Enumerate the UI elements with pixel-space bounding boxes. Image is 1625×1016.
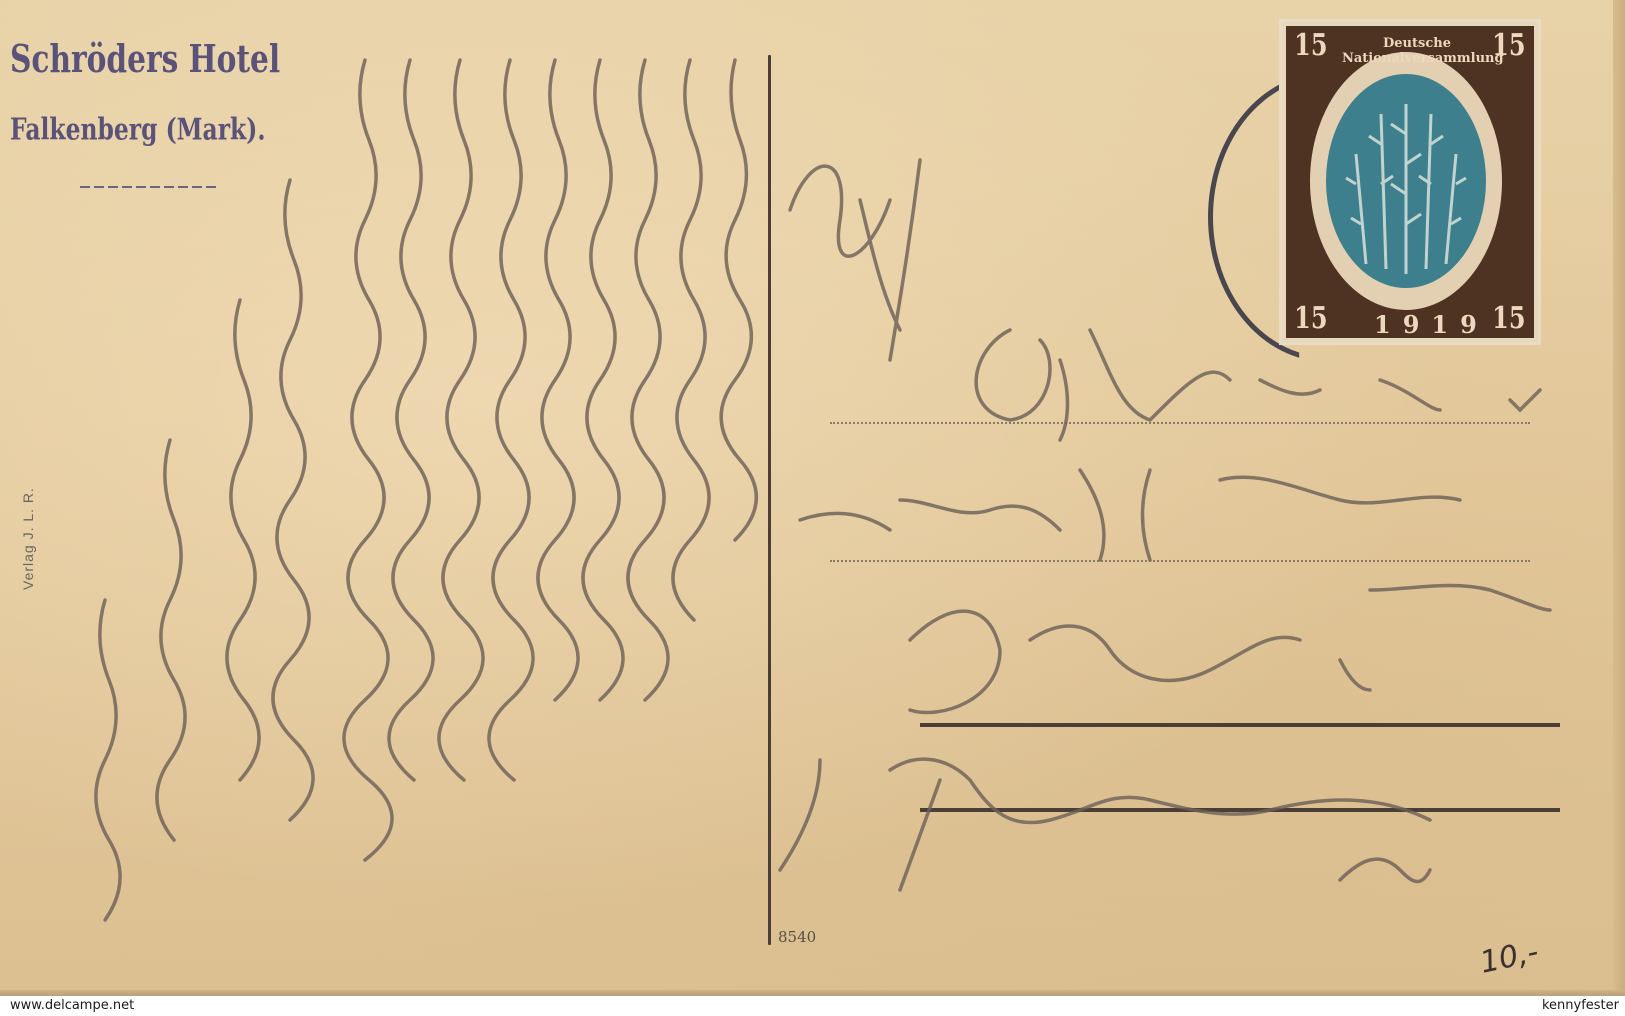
postcard-back: Schröders Hotel Falkenberg (Mark). Verla… (0, 0, 1625, 996)
hotel-name: Schröders Hotel (10, 36, 280, 81)
watermark-seller: kennyfester (1542, 998, 1619, 1013)
address-line-1 (830, 422, 1530, 424)
stamp-year: 1919 (1374, 310, 1489, 339)
center-divider-line (768, 55, 771, 945)
address-line-3 (920, 723, 1560, 727)
postage-stamp: 15 15 15 15 Deutsche Nationalversammlung… (1282, 22, 1538, 342)
address-line-2 (830, 560, 1530, 562)
stamp-inscription: Deutsche Nationalversammlung (1342, 36, 1492, 66)
stamp-value-top-left: 15 (1294, 28, 1327, 63)
card-number: 8540 (778, 928, 816, 946)
card-edge (1613, 0, 1625, 996)
stamp-oval-center (1326, 74, 1486, 288)
stamp-value-bottom-left: 15 (1294, 301, 1327, 336)
address-line-4 (920, 808, 1560, 812)
publisher-imprint: Verlag J. L. R. (20, 487, 36, 590)
ornament-rule (80, 186, 220, 188)
watermark-delcampe: www.delcampe.net (10, 998, 134, 1013)
stamp-value-bottom-right: 15 (1492, 301, 1525, 336)
pencil-price-note: 10,- (1477, 934, 1542, 980)
hotel-town: Falkenberg (Mark). (10, 113, 265, 148)
oak-sapling-icon (1326, 74, 1486, 288)
